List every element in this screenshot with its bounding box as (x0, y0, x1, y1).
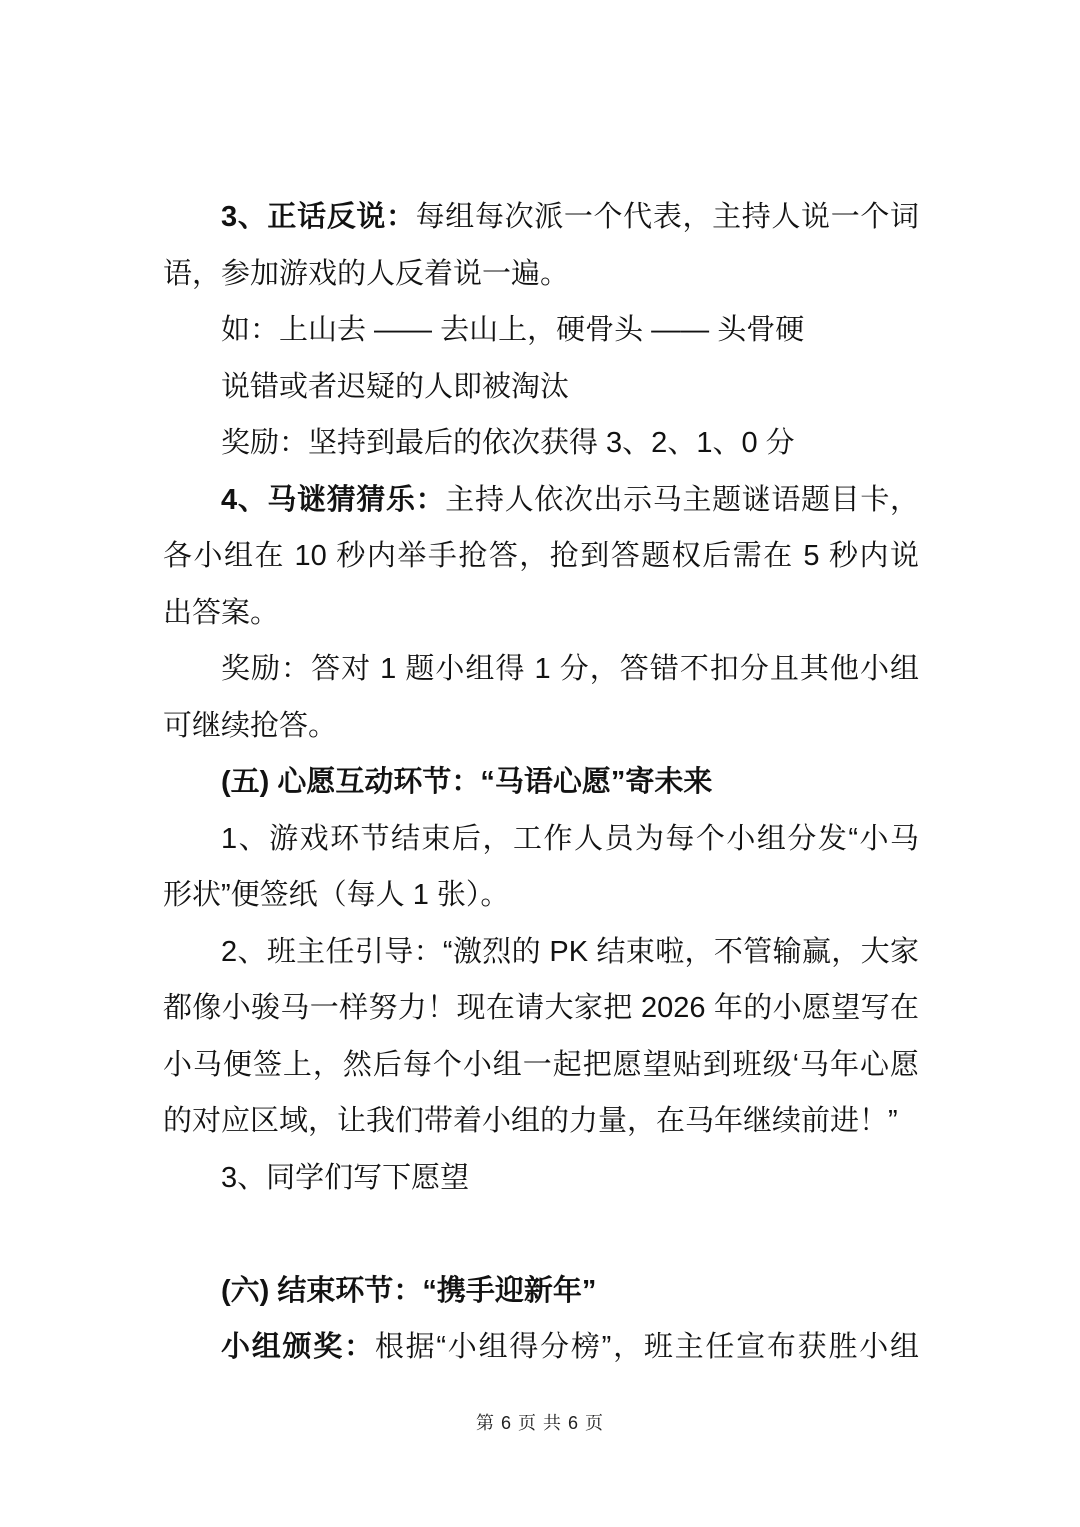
paragraph-line: 的对应区域，让我们带着小组的力量，在马年继续前进！” (163, 1093, 919, 1150)
paragraph-line: 各小组在 10 秒内举手抢答，抢到答题权后需在 5 秒内说 (163, 528, 919, 585)
document-page: 3、正话反说：每组每次派一个代表，主持人说一个词 语，参加游戏的人反着说一遍。 … (0, 0, 1080, 1527)
paragraph-line: 小马便签上，然后每个小组一起把愿望贴到班级‘马年心愿墙’ (163, 1037, 919, 1094)
run-text: 如：上山去 —— 去山上，硬骨头 —— 头骨硬 (221, 314, 804, 346)
run-bold: (五) 心愿互动环节：“马语心愿”寄未来 (221, 766, 712, 798)
paragraph-line: 可继续抢答。 (163, 698, 919, 755)
run-bold: 小组颁奖： (221, 1331, 375, 1363)
run-text: 奖励：坚持到最后的依次获得 3、2、1、0 分 (221, 427, 795, 459)
page-footer: 第 6 页 共 6 页 (0, 1410, 1080, 1436)
run-text: 每组每次派一个代表，主持人说一个词 (416, 201, 919, 233)
paragraph-line: 语，参加游戏的人反着说一遍。 (163, 246, 919, 303)
paragraph-line: 都像小骏马一样努力！现在请大家把 2026 年的小愿望写在 (163, 980, 919, 1037)
page-number-label: 第 6 页 共 6 页 (476, 1413, 604, 1433)
paragraph-line: 形状”便签纸（每人 1 张）。 (163, 867, 919, 924)
run-text: 小马便签上，然后每个小组一起把愿望贴到班级‘马年心愿墙’ (163, 1049, 919, 1094)
run-text: 1、游戏环节结束后，工作人员为每个小组分发“小马 (221, 823, 919, 855)
paragraph-line: 3、同学们写下愿望 (163, 1150, 919, 1207)
section-heading: (五) 心愿互动环节：“马语心愿”寄未来 (163, 754, 919, 811)
run-text: 各小组在 10 秒内举手抢答，抢到答题权后需在 5 秒内说 (163, 540, 919, 572)
run-text: 根据“小组得分榜”，班主任宣布获胜小组 (375, 1331, 919, 1363)
paragraph-line: 3、正话反说：每组每次派一个代表，主持人说一个词 (163, 189, 919, 246)
run-text: 语，参加游戏的人反着说一遍。 (163, 258, 569, 290)
run-text: 说错或者迟疑的人即被淘汰 (221, 371, 569, 403)
section-heading: (六) 结束环节：“携手迎新年” (163, 1263, 919, 1320)
run-text: 的对应区域，让我们带着小组的力量，在马年继续前进！” (163, 1105, 898, 1137)
run-text: 都像小骏马一样努力！现在请大家把 2026 年的小愿望写在 (163, 992, 919, 1024)
run-text: 可继续抢答。 (163, 710, 337, 742)
paragraph-line: 奖励：坚持到最后的依次获得 3、2、1、0 分 (163, 415, 919, 472)
paragraph-line: 4、马谜猜猜乐：主持人依次出示马主题谜语题目卡， (163, 472, 919, 529)
run-bold: (六) 结束环节：“携手迎新年” (221, 1275, 596, 1307)
paragraph-line: 2、班主任引导：“激烈的 PK 结束啦，不管输赢，大家 (163, 924, 919, 981)
run-text: 主持人依次出示马主题谜语题目卡， (445, 484, 919, 516)
paragraph-line: 如：上山去 —— 去山上，硬骨头 —— 头骨硬 (163, 302, 919, 359)
run-text: 奖励：答对 1 题小组得 1 分，答错不扣分且其他小组 (221, 653, 919, 685)
paragraph-line: 出答案。 (163, 585, 919, 642)
document-body: 3、正话反说：每组每次派一个代表，主持人说一个词 语，参加游戏的人反着说一遍。 … (163, 189, 919, 1376)
run-text: 2、班主任引导：“激烈的 PK 结束啦，不管输赢，大家 (221, 936, 919, 968)
run-text: 出答案。 (163, 597, 279, 629)
blank-line (163, 1206, 919, 1263)
paragraph-line: 说错或者迟疑的人即被淘汰 (163, 359, 919, 416)
paragraph-line: 小组颁奖：根据“小组得分榜”，班主任宣布获胜小组 (163, 1319, 919, 1376)
run-bold: 3、正话反说： (221, 201, 416, 233)
run-bold: 4、马谜猜猜乐： (221, 484, 445, 516)
run-text: 3、同学们写下愿望 (221, 1162, 469, 1194)
run-text: 形状”便签纸（每人 1 张）。 (163, 879, 509, 911)
paragraph-line: 1、游戏环节结束后，工作人员为每个小组分发“小马 (163, 811, 919, 868)
paragraph-line: 奖励：答对 1 题小组得 1 分，答错不扣分且其他小组 (163, 641, 919, 698)
